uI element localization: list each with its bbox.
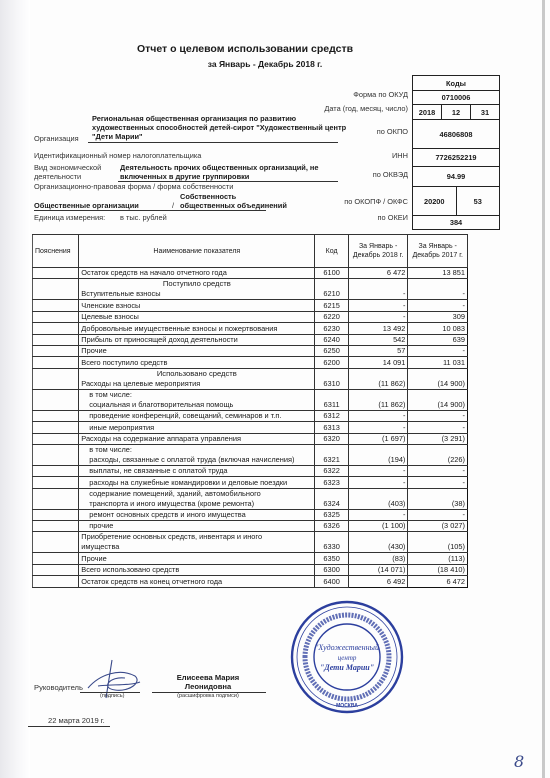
- row-previous: (105): [408, 532, 468, 553]
- codes-box: Коды 0710006 2018 12 31 46806808 7726252…: [412, 75, 500, 230]
- row-previous: (113): [408, 553, 468, 564]
- header-note: Пояснения: [33, 235, 79, 268]
- okved-label: по ОКВЭД: [320, 170, 408, 179]
- svg-text:МОСКВА: МОСКВА: [336, 703, 358, 709]
- row-code: 6313: [315, 422, 348, 433]
- row-code: 6350: [315, 553, 348, 564]
- scan-right-edge: [542, 0, 545, 778]
- svg-text:"Дети Марии": "Дети Марии": [320, 663, 374, 672]
- org-name-line-2: художественных способностей детей-сирот …: [92, 123, 346, 132]
- inn-label: ИНН: [320, 151, 408, 160]
- row-name: содержание помещений, зданий, автомобиль…: [79, 488, 315, 509]
- table-row: Приобретение основных средств, инвентаря…: [33, 532, 468, 553]
- org-name-line-3: "Дети Марии": [92, 132, 143, 141]
- table-body: Остаток средств на начало отчетного года…: [33, 268, 468, 588]
- row-previous: -: [408, 465, 468, 476]
- row-previous: -: [408, 477, 468, 488]
- row-note: [33, 521, 79, 532]
- activity-line-1: Деятельность прочих общественных организ…: [120, 163, 319, 172]
- row-previous: (18 410): [408, 564, 468, 575]
- table-row: выплаты, не связанные с оплатой труда632…: [33, 465, 468, 476]
- row-note: [33, 433, 79, 444]
- row-previous: -: [408, 300, 468, 311]
- table-row: Прочие625057-: [33, 345, 468, 356]
- row-note: [33, 564, 79, 575]
- header-previous: За Январь - Декабрь 2017 г.: [408, 235, 468, 268]
- okved-value: 94.99: [413, 167, 499, 186]
- row-name: ремонт основных средств и иного имуществ…: [79, 509, 315, 520]
- row-name: Прочие: [79, 345, 315, 356]
- row-code: 6400: [315, 576, 348, 587]
- sign-date: 22 марта 2019 г.: [48, 716, 105, 725]
- row-name-prefix: в том числе:: [89, 445, 312, 455]
- row-name: расходы на служебные командировки и дело…: [79, 477, 315, 488]
- row-note: [33, 279, 79, 300]
- row-previous: -: [408, 509, 468, 520]
- row-name: Членские взносы: [79, 300, 315, 311]
- row-previous: 10 083: [408, 323, 468, 334]
- table-row: Всего поступило средств620014 09111 031: [33, 357, 468, 368]
- row-name: выплаты, не связанные с оплатой труда: [79, 465, 315, 476]
- okpo-value: 46806808: [413, 120, 499, 148]
- row-current: -: [348, 279, 408, 300]
- row-current: (1 100): [348, 521, 408, 532]
- table-row: Всего использовано средств6300(14 071)(1…: [33, 564, 468, 575]
- row-previous: (226): [408, 444, 468, 465]
- table-row: иные мероприятия6313--: [33, 422, 468, 433]
- row-note: [33, 422, 79, 433]
- row-name: Всего поступило средств: [79, 357, 315, 368]
- row-name-prefix: содержание помещений, зданий, автомобиль…: [89, 489, 312, 499]
- row-code: 6330: [315, 532, 348, 553]
- row-code: 6215: [315, 300, 348, 311]
- row-name: Целевые взносы: [79, 311, 315, 322]
- row-note: [33, 509, 79, 520]
- row-note: [33, 410, 79, 421]
- report-title: Отчет о целевом использовании средств: [0, 43, 520, 55]
- row-current: (14 071): [348, 564, 408, 575]
- okud-value: 0710006: [413, 91, 499, 104]
- row-note: [33, 576, 79, 587]
- activity-label-1: Вид экономической: [34, 163, 101, 172]
- org-label: Организация: [34, 134, 79, 143]
- section-title: Использовано средств: [81, 369, 312, 379]
- row-note: [33, 553, 79, 564]
- row-current: (83): [348, 553, 408, 564]
- ownership-line-2: общественных объединений: [180, 201, 287, 210]
- row-current: -: [348, 509, 408, 520]
- table-row: Целевые взносы6220-309: [33, 311, 468, 322]
- activity-label-2: деятельности: [34, 172, 81, 181]
- row-code: 6326: [315, 521, 348, 532]
- date-day: 31: [470, 105, 499, 119]
- row-current: -: [348, 477, 408, 488]
- row-previous: (38): [408, 488, 468, 509]
- row-current: (430): [348, 532, 408, 553]
- row-code: 6250: [315, 345, 348, 356]
- table-row: Прочие6350(83)(113): [33, 553, 468, 564]
- codes-header: Коды: [413, 76, 499, 90]
- row-current: (194): [348, 444, 408, 465]
- okud-label: Форма по ОКУД: [250, 90, 408, 99]
- okei-value: 384: [413, 216, 499, 229]
- row-previous: (3 027): [408, 521, 468, 532]
- document-page: Отчет о целевом использовании средств за…: [0, 0, 550, 778]
- row-note: [33, 268, 79, 279]
- svg-text:"Художественный: "Художественный: [315, 643, 379, 652]
- row-name: Поступило средствВступительные взносы: [79, 279, 315, 300]
- row-previous: -: [408, 410, 468, 421]
- row-current: (403): [348, 488, 408, 509]
- row-name: Использовано средствРасходы на целевые м…: [79, 368, 315, 389]
- row-previous: -: [408, 422, 468, 433]
- row-code: 6325: [315, 509, 348, 520]
- okei-label: по ОКЕИ: [320, 213, 408, 222]
- row-code: 6240: [315, 334, 348, 345]
- row-current: 13 492: [348, 323, 408, 334]
- row-current: 14 091: [348, 357, 408, 368]
- row-name-prefix: в том числе:: [89, 390, 312, 400]
- row-code: 6100: [315, 268, 348, 279]
- table-row: расходы на служебные командировки и дело…: [33, 477, 468, 488]
- table-row: Использовано средствРасходы на целевые м…: [33, 368, 468, 389]
- table-row: Членские взносы6215--: [33, 300, 468, 311]
- row-code: 6200: [315, 357, 348, 368]
- table-row: Добровольные имущественные взносы и поже…: [33, 323, 468, 334]
- table-row: Расходы на содержание аппарата управлени…: [33, 433, 468, 444]
- row-name: Всего использовано средств: [79, 564, 315, 575]
- row-note: [33, 357, 79, 368]
- row-previous: 639: [408, 334, 468, 345]
- row-previous: (14 900): [408, 368, 468, 389]
- report-period: за Январь - Декабрь 2018 г.: [0, 59, 540, 69]
- table-row: ремонт основных средств и иного имуществ…: [33, 509, 468, 520]
- row-note: [33, 444, 79, 465]
- row-note: [33, 300, 79, 311]
- header-code: Код: [315, 235, 348, 268]
- row-note: [33, 532, 79, 553]
- row-code: 6322: [315, 465, 348, 476]
- row-code: 6321: [315, 444, 348, 465]
- row-current: 542: [348, 334, 408, 345]
- row-name: Остаток средств на начало отчетного года: [79, 268, 315, 279]
- name-caption: (расшифровка подписи): [150, 693, 266, 699]
- row-previous: -: [408, 345, 468, 356]
- row-name: Прибыль от приносящей доход деятельности: [79, 334, 315, 345]
- row-code: 6312: [315, 410, 348, 421]
- okopf-value: 20200: [413, 187, 456, 215]
- inn-caption: Идентификационный номер налогоплательщик…: [34, 151, 201, 160]
- section-title: Поступило средств: [81, 279, 312, 289]
- row-code: 6210: [315, 279, 348, 300]
- table-row: прочие6326(1 100)(3 027): [33, 521, 468, 532]
- form-slash: /: [172, 201, 174, 210]
- row-name: Приобретение основных средств, инвентаря…: [79, 532, 315, 553]
- row-previous: 309: [408, 311, 468, 322]
- row-current: -: [348, 465, 408, 476]
- row-code: 6324: [315, 488, 348, 509]
- row-name-text: Расходы на целевые мероприятия: [81, 379, 312, 389]
- row-current: 57: [348, 345, 408, 356]
- unit-label: Единица измерения:: [34, 213, 105, 222]
- row-note: [33, 477, 79, 488]
- table-row: Поступило средствВступительные взносы621…: [33, 279, 468, 300]
- row-code: 6220: [315, 311, 348, 322]
- row-name-text: имущества: [81, 542, 312, 552]
- row-name: Прочие: [79, 553, 315, 564]
- table-row: Остаток средств на конец отчетного года6…: [33, 576, 468, 587]
- ownership-line-1: Собственность: [180, 192, 236, 201]
- legal-form: Общественные организации: [34, 201, 139, 210]
- row-code: 6310: [315, 368, 348, 389]
- scan-left-edge: [0, 0, 30, 778]
- row-note: [33, 368, 79, 389]
- row-name-text: транспорта и иного имущества (кроме ремо…: [89, 499, 312, 509]
- row-code: 6323: [315, 477, 348, 488]
- usage-table: Пояснения Наименование показателя Код За…: [32, 234, 468, 588]
- row-current: 6 492: [348, 576, 408, 587]
- date-month: 12: [441, 105, 470, 119]
- row-current: (11 862): [348, 368, 408, 389]
- row-name: Расходы на содержание аппарата управлени…: [79, 433, 315, 444]
- row-previous: 6 472: [408, 576, 468, 587]
- row-name: в том числе:социальная и благотворительн…: [79, 389, 315, 410]
- okfs-value: 53: [456, 187, 500, 215]
- row-previous: 11 031: [408, 357, 468, 368]
- header-name: Наименование показателя: [79, 235, 315, 268]
- row-current: 6 472: [348, 268, 408, 279]
- row-name-text: расходы, связанные с оплатой труда (вклю…: [89, 455, 312, 465]
- table-row: проведение конференций, совещаний, семин…: [33, 410, 468, 421]
- row-name: прочие: [79, 521, 315, 532]
- row-previous: 13 851: [408, 268, 468, 279]
- row-previous: (3 291): [408, 433, 468, 444]
- signer-name-1: Елисеева Мария: [150, 673, 266, 682]
- row-name: проведение конференций, совещаний, семин…: [79, 410, 315, 421]
- row-current: (11 862): [348, 389, 408, 410]
- inn-value: 7726252219: [413, 149, 499, 166]
- row-note: [33, 488, 79, 509]
- table-row: содержание помещений, зданий, автомобиль…: [33, 488, 468, 509]
- row-current: -: [348, 422, 408, 433]
- page-number: 8: [514, 752, 524, 771]
- organization-stamp-icon: "Художественный центр "Дети Марии" МОСКВ…: [288, 598, 406, 716]
- row-name-text: социальная и благотворительная помощь: [89, 400, 312, 410]
- row-note: [33, 334, 79, 345]
- org-underline: [88, 142, 338, 143]
- row-code: 6311: [315, 389, 348, 410]
- row-name: Добровольные имущественные взносы и поже…: [79, 323, 315, 334]
- form-label: Организационно-правовая форма / форма со…: [34, 182, 233, 191]
- date-year: 2018: [413, 105, 441, 119]
- signer-name-2: Леонидовна: [150, 682, 266, 691]
- table-row: Остаток средств на начало отчетного года…: [33, 268, 468, 279]
- row-previous: -: [408, 279, 468, 300]
- row-code: 6230: [315, 323, 348, 334]
- date-label: Дата (год, месяц, число): [250, 104, 408, 113]
- row-note: [33, 345, 79, 356]
- row-code: 6320: [315, 433, 348, 444]
- date-underline: [28, 726, 110, 727]
- row-note: [33, 465, 79, 476]
- row-name: в том числе:расходы, связанные с оплатой…: [79, 444, 315, 465]
- table-header-row: Пояснения Наименование показателя Код За…: [33, 235, 468, 268]
- okopf-label: по ОКОПФ / ОКФС: [300, 197, 408, 206]
- signature-caption: (подпись): [100, 693, 124, 699]
- row-note: [33, 311, 79, 322]
- row-current: -: [348, 300, 408, 311]
- row-name: Остаток средств на конец отчетного года: [79, 576, 315, 587]
- row-current: (1 697): [348, 433, 408, 444]
- org-name-line-1: Региональная общественная организация по…: [92, 114, 296, 123]
- row-current: -: [348, 311, 408, 322]
- row-name-text: Вступительные взносы: [81, 289, 312, 299]
- row-note: [33, 389, 79, 410]
- unit-value: в тыс. рублей: [120, 213, 167, 222]
- activity-line-2: включенных в другие группировки: [120, 172, 249, 181]
- row-current: -: [348, 410, 408, 421]
- table-row: в том числе:расходы, связанные с оплатой…: [33, 444, 468, 465]
- row-note: [33, 323, 79, 334]
- row-code: 6300: [315, 564, 348, 575]
- signer-role: Руководитель: [34, 683, 83, 692]
- ownership-underline: [34, 210, 266, 211]
- svg-text:центр: центр: [338, 654, 357, 662]
- table-row: Прибыль от приносящей доход деятельности…: [33, 334, 468, 345]
- table-row: в том числе:социальная и благотворительн…: [33, 389, 468, 410]
- header-current: За Январь - Декабрь 2018 г.: [348, 235, 408, 268]
- row-previous: (14 900): [408, 389, 468, 410]
- row-name: иные мероприятия: [79, 422, 315, 433]
- row-name-prefix: Приобретение основных средств, инвентаря…: [81, 532, 312, 542]
